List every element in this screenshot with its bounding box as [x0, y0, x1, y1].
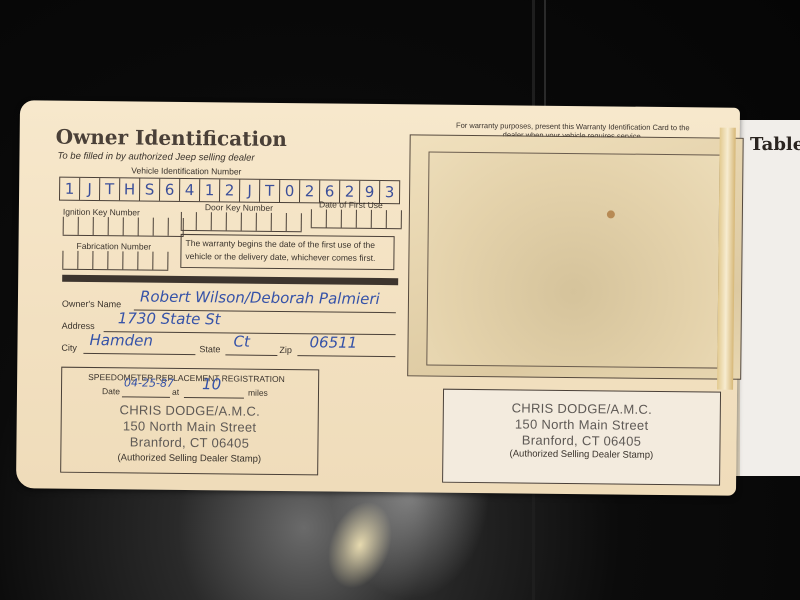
vin-char: 1: [200, 179, 220, 201]
stain-mark: [607, 210, 615, 218]
owner-name-value: Robert Wilson/Deborah Palmieri: [140, 288, 380, 309]
floor-tile-seam-top: [544, 0, 546, 112]
zip-label: Zip: [279, 345, 292, 355]
dealer-stamp-city: Branford, CT 06405: [61, 434, 317, 452]
ignition-key-boxes: [63, 217, 184, 237]
dealer-stamp-city: Branford, CT 06405: [443, 432, 719, 450]
zip-value: 06511: [309, 333, 357, 351]
fabrication-boxes: [62, 251, 168, 271]
speedometer-miles-value: 10: [202, 375, 221, 393]
vin-char: H: [120, 178, 140, 200]
vin-char: 6: [160, 179, 180, 201]
page-subtitle: To be filled in by authorized Jeep selli…: [57, 151, 254, 164]
vin-label: Vehicle Identification Number: [131, 165, 241, 176]
dealer-stamp-name: CHRIS DODGE/A.M.C.: [62, 402, 318, 420]
page-title: Owner Identification: [56, 125, 287, 151]
warranty-card-sleeve: [407, 134, 744, 379]
date-first-use-boxes: [311, 209, 402, 229]
vin-char: 0: [280, 180, 300, 202]
state-value: Ct: [233, 332, 250, 350]
speedometer-at-label: at: [172, 387, 179, 397]
owner-identification-card: Owner Identification To be filled in by …: [16, 100, 740, 496]
dealer-stamp-street: 150 North Main Street: [62, 418, 318, 436]
section-divider: [62, 275, 398, 286]
speedometer-date-value: 04-25-87: [124, 376, 174, 390]
door-key-label: Door Key Number: [205, 202, 273, 213]
warranty-card-window: [426, 152, 720, 369]
speedometer-miles-label: miles: [248, 388, 268, 398]
vin-char: J: [80, 178, 100, 200]
speedometer-registration-box: SPEEDOMETER REPLACEMENT REGISTRATION Dat…: [60, 367, 319, 476]
vin-char: J: [240, 180, 260, 202]
dealer-stamp-note: (Authorized Selling Dealer Stamp): [61, 452, 317, 466]
vin-char: 1: [60, 178, 80, 200]
vin-char: 4: [180, 179, 200, 201]
vin-char: S: [140, 179, 160, 201]
date-first-use-label: Date of First Use: [319, 199, 383, 210]
door-key-boxes: [181, 212, 302, 232]
state-label: State: [199, 344, 220, 354]
aged-tape-strip: [717, 128, 736, 390]
adjacent-page-title: Table: [750, 134, 800, 155]
vin-char: 2: [300, 180, 320, 202]
city-value: Hamden: [89, 331, 153, 350]
dealer-stamp-box: CHRIS DODGE/A.M.C. 150 North Main Street…: [442, 389, 721, 486]
city-label: City: [61, 343, 77, 353]
warranty-start-notice: The warranty begins the date of the firs…: [180, 234, 394, 270]
vin-char: 2: [220, 179, 240, 201]
vin-char: T: [100, 178, 120, 200]
dealer-stamp-note: (Authorized Selling Dealer Stamp): [443, 448, 719, 462]
dealer-stamp-name: CHRIS DODGE/A.M.C.: [444, 400, 720, 418]
speedometer-date-label: Date: [102, 386, 120, 396]
vin-char: T: [260, 180, 280, 202]
address-label: Address: [62, 321, 95, 331]
owner-name-label: Owner's Name: [62, 299, 121, 310]
dealer-stamp-street: 150 North Main Street: [444, 416, 720, 434]
address-value: 1730 State St: [118, 309, 221, 328]
